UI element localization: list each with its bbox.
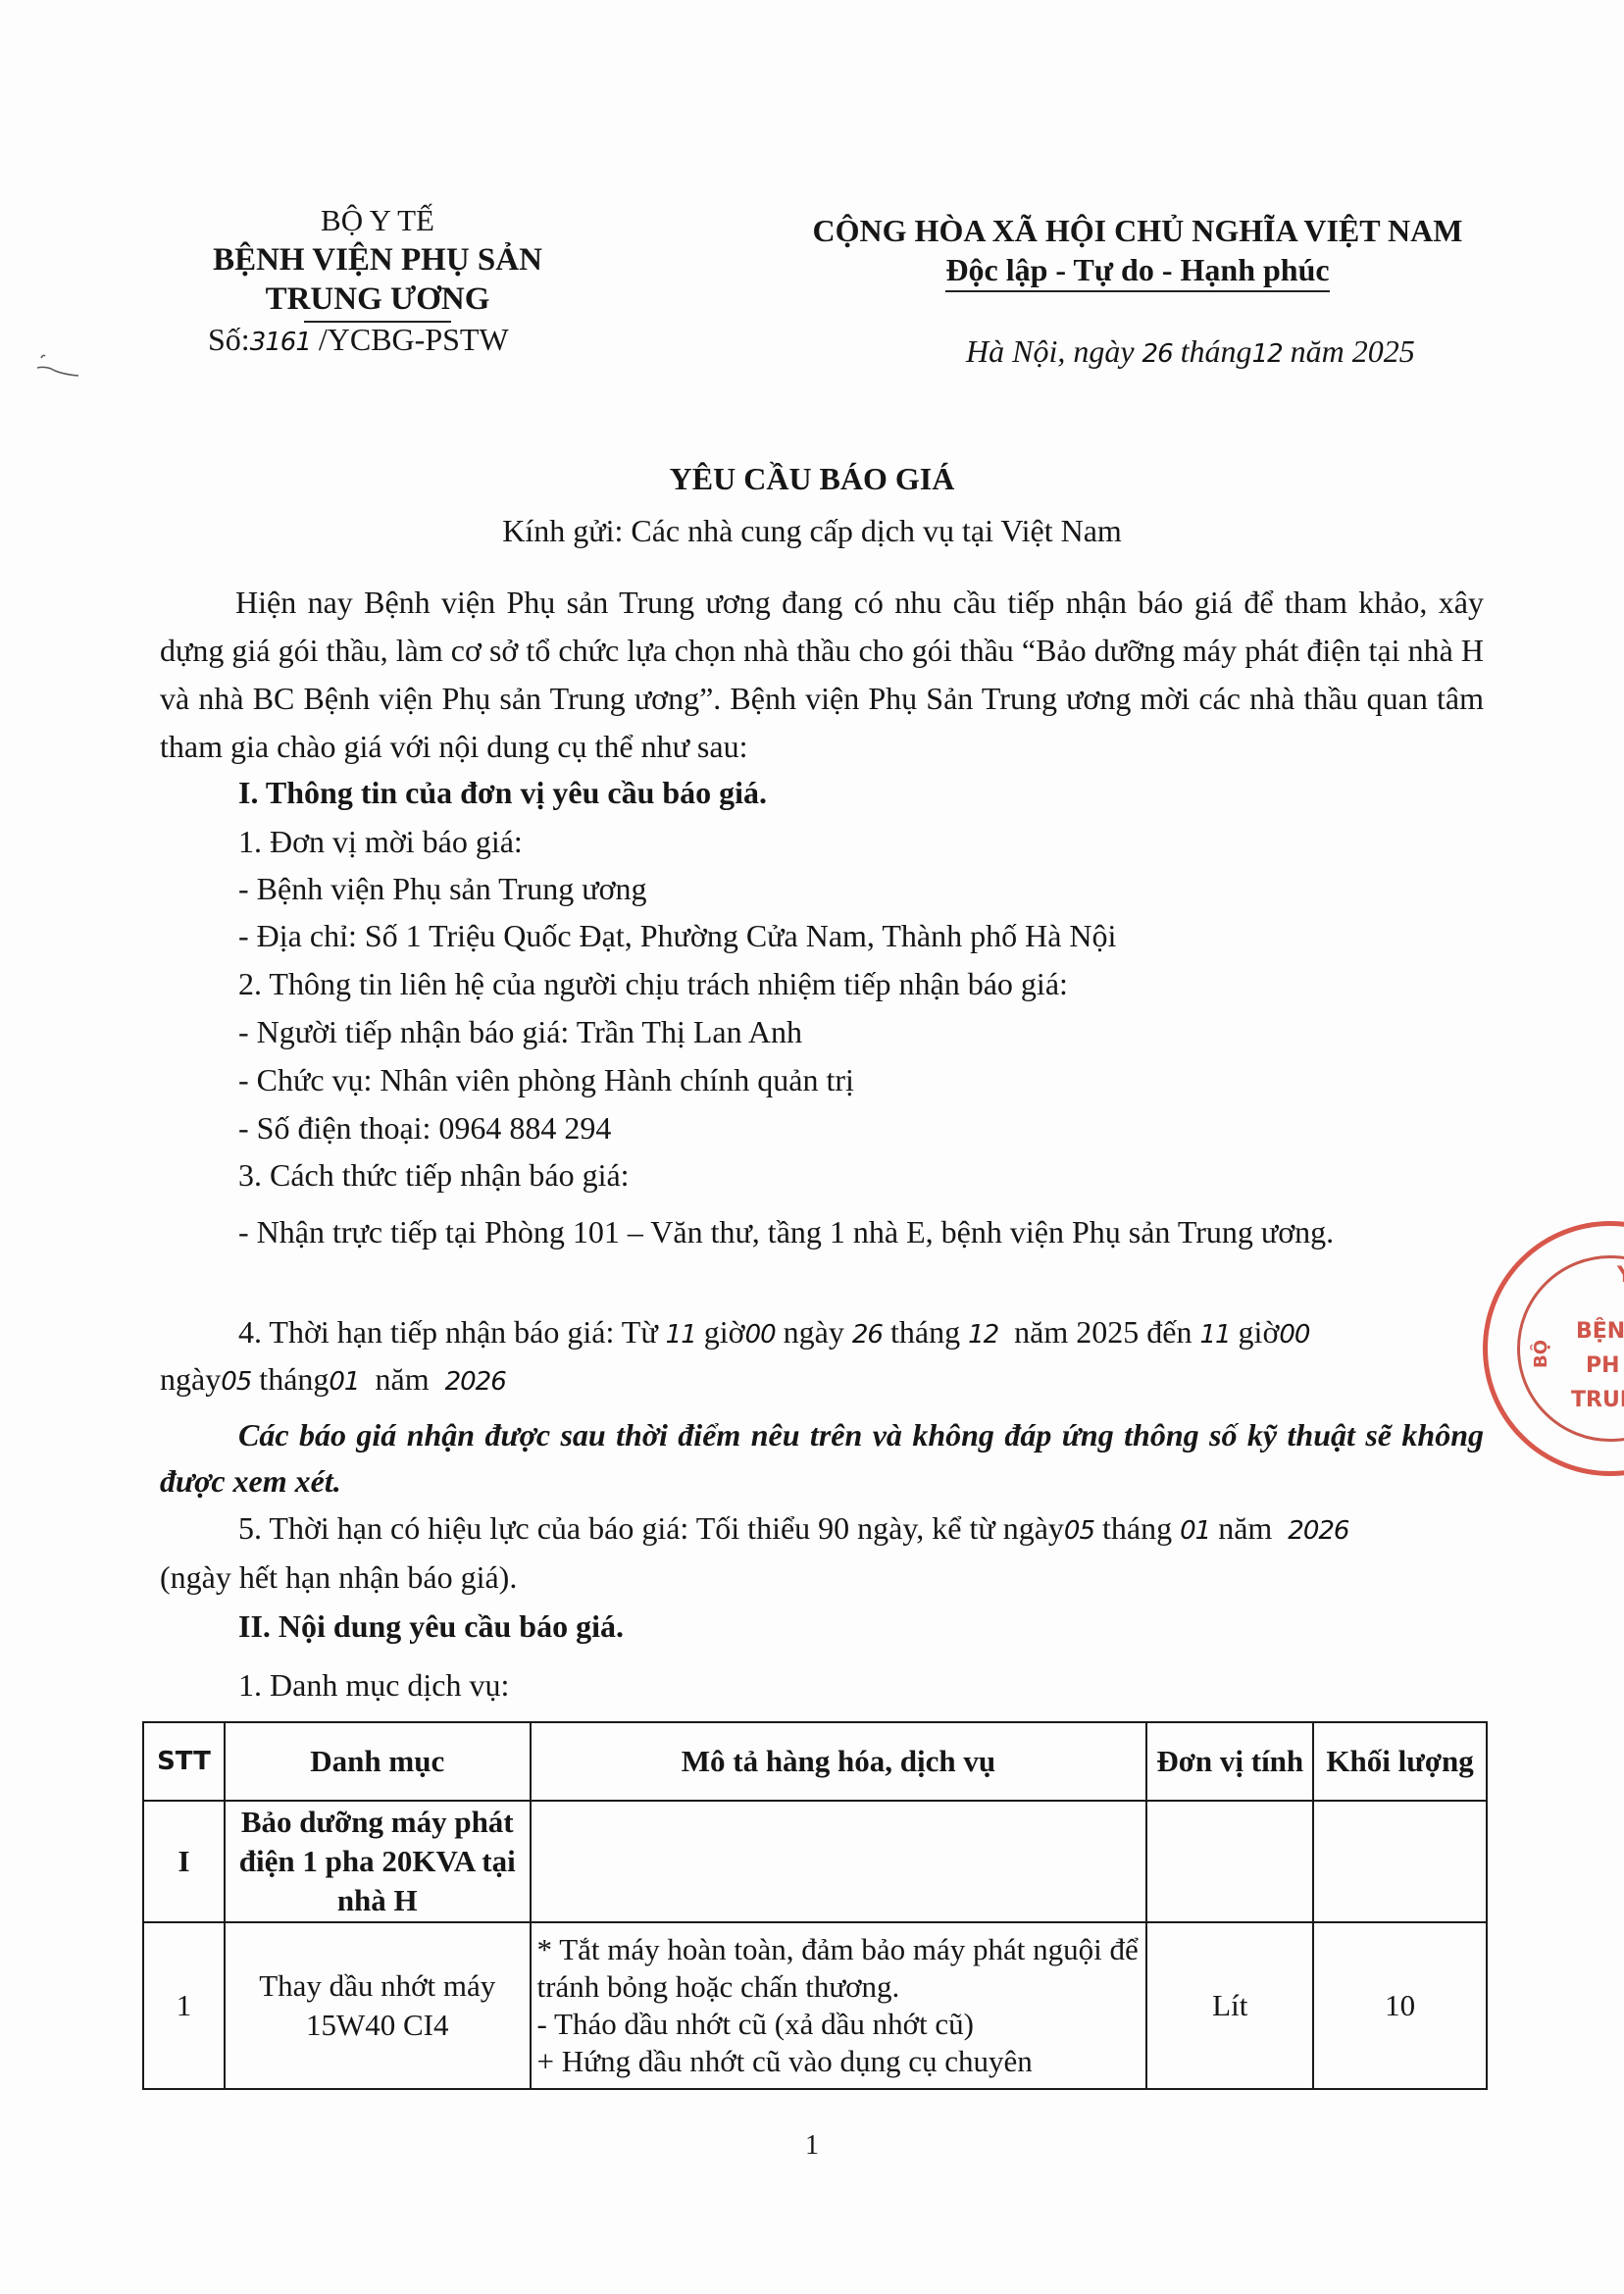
national-header-block: CỘNG HÒA XÃ HỘI CHỦ NGHĨA VIỆT NAM Độc l…: [765, 211, 1510, 292]
col-header-stt: STT: [143, 1722, 225, 1801]
service-list-heading: 1. Danh mục dịch vụ:: [238, 1667, 509, 1704]
col-header-description: Mô tả hàng hóa, dịch vụ: [531, 1722, 1147, 1801]
handwritten-to-hour: 11: [1199, 1320, 1230, 1350]
cell-stt: 1: [143, 1922, 225, 2089]
handwritten-from-hour: 11: [666, 1320, 696, 1350]
description-line: + Hứng dầu nhớt cũ vào dụng cụ chuyên: [537, 2043, 1141, 2080]
national-motto: Độc lập - Tự do - Hạnh phúc: [945, 250, 1329, 292]
cell-unit: Lít: [1146, 1922, 1313, 2089]
col-header-quantity: Khối lượng: [1313, 1722, 1487, 1801]
item1-heading: 1. Đơn vị mời báo giá:: [238, 824, 523, 860]
description-line: - Tháo dầu nhớt cũ (xả dầu nhớt cũ): [537, 2006, 1141, 2043]
cell-category: Thay dầu nhớt máy 15W40 CI4: [225, 1922, 531, 2089]
handwritten-validity-day: 05: [1064, 1516, 1094, 1546]
handwritten-validity-month: 01: [1180, 1516, 1210, 1546]
handwritten-doc-number: 3161: [250, 328, 311, 357]
cell-description: [531, 1801, 1147, 1922]
item4-line2: ngày05 tháng01 năm 2026: [160, 1361, 506, 1398]
handwritten-from-day: 26: [852, 1320, 883, 1350]
item5-line2: (ngày hết hạn nhận báo giá).: [160, 1559, 517, 1596]
handwritten-to-year: 2026: [445, 1367, 506, 1397]
document-number: Số:3161 /YCBG-PSTW: [208, 322, 509, 358]
item2-heading: 2. Thông tin liên hệ của người chịu trác…: [238, 966, 1068, 1002]
receiver-line: - Người tiếp nhận báo giá: Trần Thị Lan …: [238, 1014, 802, 1050]
item4-line1: 4. Thời hạn tiếp nhận báo giá: Từ 11 giờ…: [238, 1314, 1484, 1351]
col-header-unit: Đơn vị tính: [1146, 1722, 1313, 1801]
position-line: - Chức vụ: Nhân viên phòng Hành chính qu…: [238, 1062, 854, 1098]
phone-line: - Số điện thoại: 0964 884 294: [238, 1110, 611, 1147]
hospital-name-line2: TRUNG ƯƠNG: [186, 280, 569, 319]
table-row: 1 Thay dầu nhớt máy 15W40 CI4 * Tắt máy …: [143, 1922, 1487, 2089]
scan-artifact-mark: [29, 348, 88, 378]
handwritten-month: 12: [1252, 339, 1283, 369]
cell-quantity: [1313, 1801, 1487, 1922]
org-name-line: - Bệnh viện Phụ sản Trung ương: [238, 871, 647, 907]
issue-date: Hà Nội, ngày 26 tháng12 năm 2025: [966, 333, 1415, 370]
handwritten-day: 26: [1142, 339, 1173, 369]
intro-paragraph: Hiện nay Bệnh viện Phụ sản Trung ương đa…: [160, 579, 1484, 771]
handwritten-to-month: 01: [329, 1367, 359, 1397]
document-title: YÊU CẦU BÁO GIÁ: [0, 461, 1624, 497]
cell-description: * Tắt máy hoàn toàn, đảm bảo máy phát ng…: [531, 1922, 1147, 2089]
page-number: 1: [0, 2130, 1624, 2162]
official-seal-stamp: Y BỆN PH TRUN BỘ: [1483, 1221, 1624, 1476]
cell-quantity: 10: [1313, 1922, 1487, 2089]
item5-line1: 5. Thời hạn có hiệu lực của báo giá: Tối…: [238, 1510, 1348, 1547]
handwritten-to-minute: 00: [1279, 1320, 1309, 1350]
handwritten-validity-year: 2026: [1288, 1516, 1348, 1546]
handwritten-to-day: 05: [221, 1367, 251, 1397]
item3-heading: 3. Cách thức tiếp nhận báo giá:: [238, 1157, 630, 1194]
issuing-organization-block: BỘ Y TẾ BỆNH VIỆN PHỤ SẢN TRUNG ƯƠNG: [186, 201, 569, 323]
section1-heading: I. Thông tin của đơn vị yêu cầu báo giá.: [238, 775, 767, 811]
handwritten-from-month: 12: [968, 1320, 998, 1350]
address-line: - Địa chỉ: Số 1 Triệu Quốc Đạt, Phường C…: [238, 918, 1116, 954]
table-row: I Bảo dưỡng máy phát điện 1 pha 20KVA tạ…: [143, 1801, 1487, 1922]
nation-name: CỘNG HÒA XÃ HỘI CHỦ NGHĨA VIỆT NAM: [765, 211, 1510, 250]
late-submission-warning: Các báo giá nhận được sau thời điểm nêu …: [160, 1412, 1484, 1504]
service-table: STT Danh mục Mô tả hàng hóa, dịch vụ Đơn…: [142, 1721, 1488, 2090]
cell-unit: [1146, 1801, 1313, 1922]
col-header-category: Danh mục: [225, 1722, 531, 1801]
description-line: * Tắt máy hoàn toàn, đảm bảo máy phát ng…: [537, 1931, 1141, 2006]
section2-heading: II. Nội dung yêu cầu báo giá.: [238, 1608, 624, 1645]
cell-stt: I: [143, 1801, 225, 1922]
cell-category: Bảo dưỡng máy phát điện 1 pha 20KVA tại …: [225, 1801, 531, 1922]
item3-text: - Nhận trực tiếp tại Phòng 101 – Văn thư…: [160, 1208, 1484, 1256]
handwritten-from-minute: 00: [745, 1320, 776, 1350]
ministry-name: BỘ Y TẾ: [186, 201, 569, 240]
hospital-name-line1: BỆNH VIỆN PHỤ SẢN: [186, 240, 569, 280]
table-header-row: STT Danh mục Mô tả hàng hóa, dịch vụ Đơn…: [143, 1722, 1487, 1801]
recipient-line: Kính gửi: Các nhà cung cấp dịch vụ tại V…: [0, 513, 1624, 549]
